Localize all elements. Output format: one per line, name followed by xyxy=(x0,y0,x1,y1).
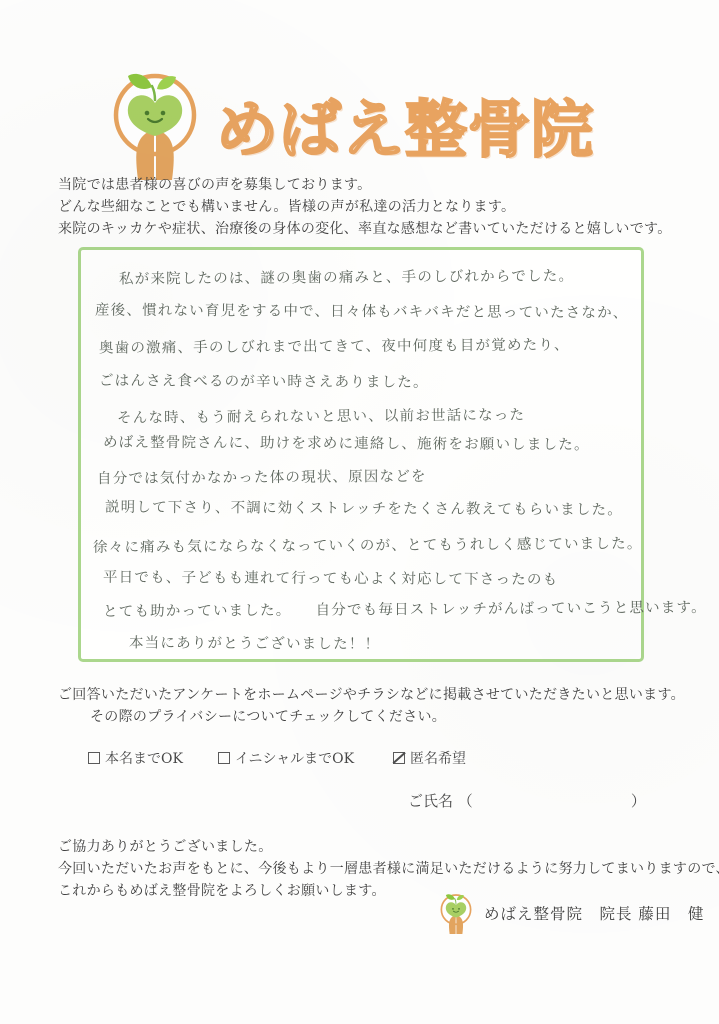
testimonial-line: 私が来院したのは、謎の奥歯の痛みと、手のしびれからでした。 xyxy=(119,264,574,288)
clinic-logo-icon xyxy=(100,68,210,180)
intro-line-3: 来院のキッカケや症状、治療後の身体の変化、率直な感想など書いていただけると嬉しい… xyxy=(58,218,672,238)
intro-line-1: 当院では患者様の喜びの声を募集しております。 xyxy=(58,174,371,194)
testimonial-line: 本当にありがとうございました！！ xyxy=(129,631,380,653)
testimonial-line: めばえ整骨院さんに、助けを求めに連絡し、施術をお願いしました。 xyxy=(103,431,590,455)
scanned-survey-document: めばえ整骨院 当院では患者様の喜びの声を募集しております。 どんな些細なことでも… xyxy=(0,0,719,1024)
privacy-option-realname: 本名までOK xyxy=(88,748,183,768)
closing-line-3: これからもめばえ整骨院をよろしくお願いします。 xyxy=(58,880,386,900)
clinic-logo: めばえ整骨院 xyxy=(100,68,594,180)
testimonial-line: とても助かっていました。 自分でも毎日ストレッチがんばっていこうと思います。 xyxy=(103,596,707,621)
testimonial-line: ごはんさえ食べるのが辛い時さえありました。 xyxy=(99,369,429,392)
signature-block: めばえ整骨院 院長 藤田 健 xyxy=(436,892,704,934)
testimonial-line: 産後、慣れない育児をする中で、日々体もバキバキだと思っていたさなか、 xyxy=(95,299,629,323)
intro-line-2: どんな些細なことでも構いません。皆様の声が私達の活力となります。 xyxy=(58,196,515,216)
testimonial-line: 徐々に痛みも気にならなくなっていくのが、とてもうれしく感じていました。 xyxy=(93,532,643,557)
privacy-option-label: 匿名希望 xyxy=(410,751,466,767)
publish-request-line-1: ご回答いただいたアンケートをホームページやチラシなどに掲載させていただきたいと思… xyxy=(58,684,685,704)
testimonial-line: 奥歯の激痛、手のしびれまで出てきて、夜中何度も目が覚めたり、 xyxy=(99,333,570,357)
closing-line-2: 今回いただいたお声をもとに、今後もより一層患者様に満足いただけるように努力してま… xyxy=(58,858,719,878)
testimonial-line: 自分では気付かなかった体の現状、原因などを xyxy=(97,465,427,488)
closing-line-1: ご協力ありがとうございました。 xyxy=(58,836,273,856)
name-field-label: ご氏名 xyxy=(408,792,453,810)
privacy-option-label: 本名までOK xyxy=(105,751,183,767)
privacy-option-label: イニシャルまでOK xyxy=(235,751,354,767)
testimonial-box: 私が来院したのは、謎の奥歯の痛みと、手のしびれからでした。 産後、慣れない育児を… xyxy=(78,247,644,662)
checkbox-realname-icon xyxy=(88,752,100,764)
testimonial-line: 説明して下さり、不調に効くストレッチをたくさん教えてもらいました。 xyxy=(105,496,623,520)
clinic-name-title: めばえ整骨院 xyxy=(216,80,594,169)
checkbox-anonymous-icon xyxy=(393,752,405,764)
clinic-logo-icon-small xyxy=(436,892,476,934)
testimonial-line: 平日でも、子どもも連れて行っても心よく対応して下さったのも xyxy=(103,566,558,589)
privacy-option-anonymous: 匿名希望 xyxy=(393,748,466,768)
name-field-close-paren: ） xyxy=(631,792,646,810)
name-field-open-paren: （ xyxy=(458,792,473,810)
testimonial-line: そんな時、もう耐えられないと思い、以前お世話になった xyxy=(117,404,525,428)
privacy-option-initials: イニシャルまでOK xyxy=(218,748,354,768)
publish-request-line-2: その際のプライバシーについてチェックしてください。 xyxy=(90,706,446,726)
signature-text: めばえ整骨院 院長 藤田 健 xyxy=(484,902,704,924)
checkbox-initials-icon xyxy=(218,752,230,764)
name-field: ご氏名 （） xyxy=(408,790,646,811)
